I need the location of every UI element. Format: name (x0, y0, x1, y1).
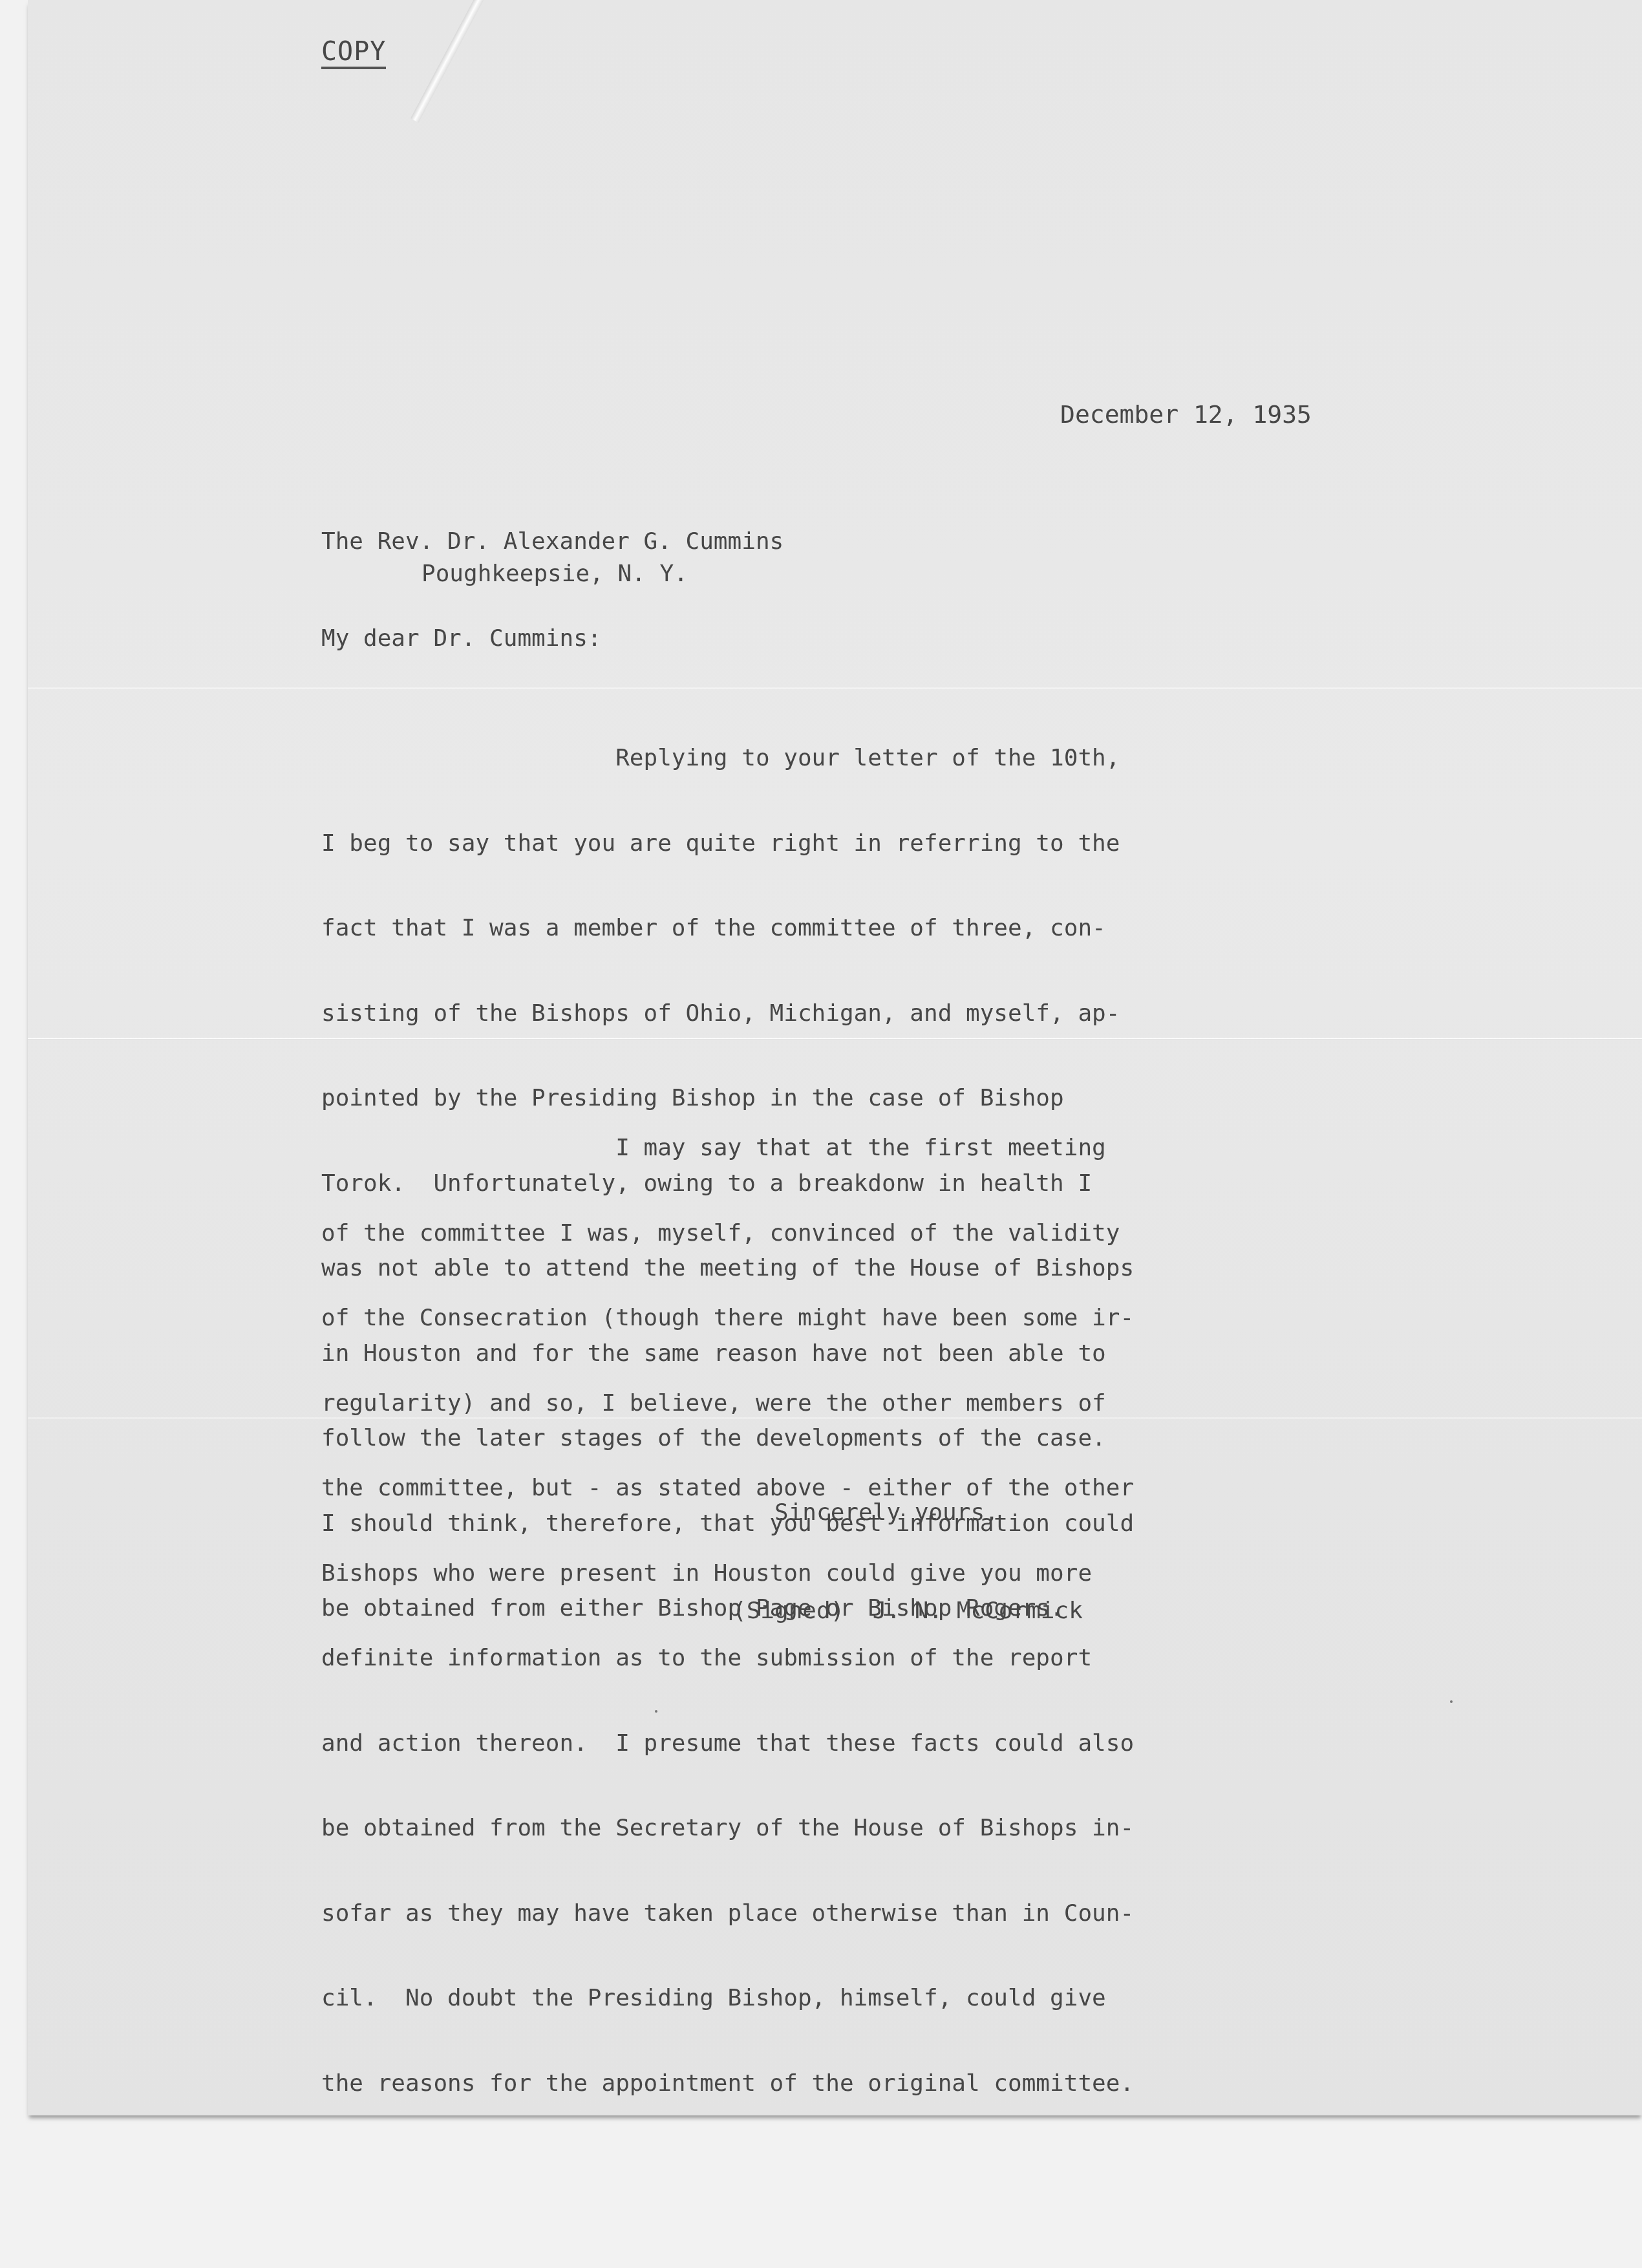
paragraph-line: be obtained from the Secretary of the Ho… (321, 1812, 1134, 1845)
paragraph-line: of the Consecration (though there might … (321, 1302, 1134, 1334)
paper-speck (1450, 1700, 1453, 1703)
complimentary-close: Sincerely yours, (774, 1501, 999, 1524)
paragraph-line: the reasons for the appointment of the o… (321, 2068, 1134, 2100)
paragraph-line: Bishops who were present in Houston coul… (321, 1557, 1134, 1590)
paragraph-line: of the committee I was, myself, convince… (321, 1217, 1134, 1250)
paper-crease (410, 0, 488, 123)
paragraph-line: fact that I was a member of the committe… (321, 912, 1134, 945)
paragraph-line: and action thereon. I presume that these… (321, 1728, 1134, 1760)
paragraph-line: Replying to your letter of the 10th, (321, 742, 1134, 775)
paragraph-line: the committee, but - as stated above - e… (321, 1472, 1134, 1504)
paragraph-line: regularity) and so, I believe, were the … (321, 1387, 1134, 1420)
copy-stamp: COPY (321, 39, 386, 69)
paragraph-line: I beg to say that you are quite right in… (321, 828, 1134, 860)
recipient-location: Poughkeepsie, N. Y. (421, 562, 688, 586)
salutation: My dear Dr. Cummins: (321, 627, 601, 650)
paragraph-line: cil. No doubt the Presiding Bishop, hims… (321, 1982, 1134, 2015)
recipient-name: The Rev. Dr. Alexander G. Cummins (321, 530, 784, 553)
paragraph-line: sofar as they may have taken place other… (321, 1898, 1134, 1930)
paragraph-line: definite information as to the submissio… (321, 1642, 1134, 1674)
paragraph-line: I may say that at the first meeting (321, 1132, 1134, 1164)
letter-date: December 12, 1935 (1060, 402, 1312, 427)
signature-line: (Signed) J. N. McCormick (732, 1599, 1083, 1623)
paragraph-line: sisting of the Bishops of Ohio, Michigan… (321, 998, 1134, 1030)
